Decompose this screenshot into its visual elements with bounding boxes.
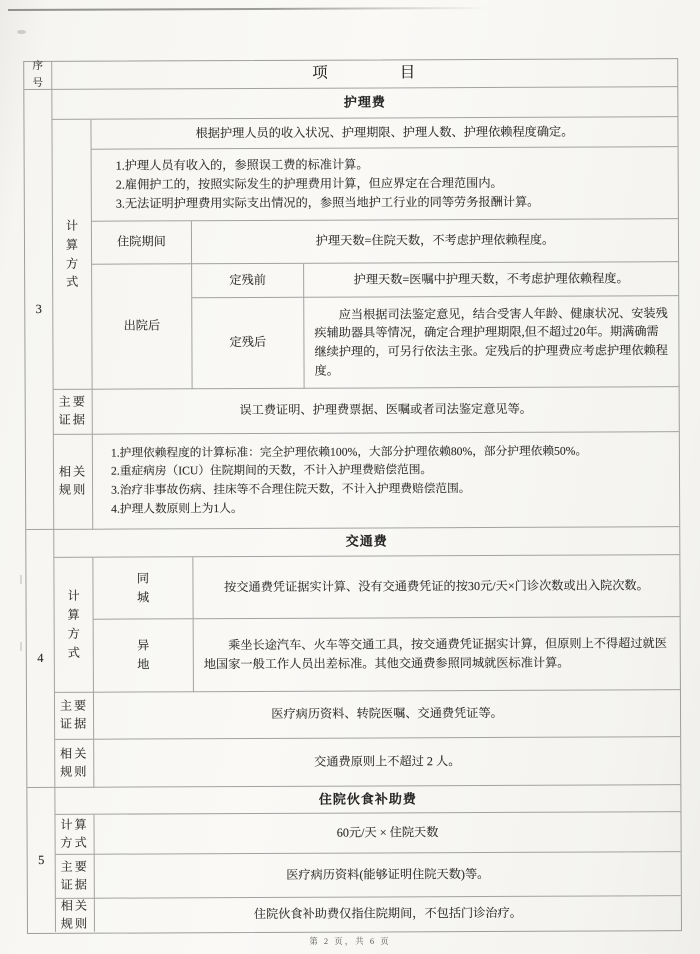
nursing-calc-rules: 1.护理人员有收入的，参照误工费的标准计算。 2.雇佣护工的，按照实际发生的护理… [92,147,678,222]
label-related-rules-4-text: 相关规则 [59,746,89,782]
same-city-text: 按交通费凭证据实计算、没有交通费凭证的按30元/天×门诊次数或出入院次数。 [193,555,679,619]
label-calc-method-3-text: 计算方式 [65,216,79,292]
section-title-nursing-fee: 护理费 [52,87,677,120]
transport-rules-text: 交通费原则上不超过 2 人。 [94,737,680,788]
scan-edge-artifact [8,7,488,11]
label-calc-method-5-text: 计算方式 [59,817,89,853]
nursing-related-rules: 1.护理依赖程度的计算标准：完全护理依赖100%，大部分护理依赖80%，部分护理… [93,432,679,530]
label-main-evidence-3-text: 主要证据 [58,394,88,430]
hospitalization-period-text: 护理天数=住院天数，不考虑护理依赖程度。 [192,219,678,264]
label-out-of-town: 异地 [94,619,194,692]
label-related-rules-3-text: 相关规则 [58,464,88,500]
seq-no-5: 5 [27,788,56,932]
meal-subsidy-calc-text: 60元/天 × 住院天数 [94,812,680,855]
out-of-town-cell: 乘坐长途汽车、火车等交通工具，按交通费凭证据实计算，但原则上不得超过就医地国家一… [194,617,680,692]
scan-tick-artifact [20,642,22,651]
label-main-evidence-4: 主要证据 [55,693,94,740]
label-main-evidence-3: 主要证据 [54,390,93,435]
transport-evidence-text: 医疗病历资料、转院医嘱、交通费凭证等。 [94,690,680,740]
list-item: 1.护理人员有收入的，参照误工费的标准计算。 [116,154,670,175]
compensation-items-table: 序号 项 目 3 护理费 计算方式 根据护理人员的收入状况、护理期限、护理人数、… [23,58,682,934]
nursing-calc-rules-list: 1.护理人员有收入的，参照误工费的标准计算。 2.雇佣护工的，按照实际发生的护理… [92,150,678,217]
label-before-disability-rating: 定残前 [192,264,304,298]
section-title-meal-subsidy: 住院伙食补助费 [55,785,680,815]
label-after-discharge: 出院后 [92,264,193,389]
label-main-evidence-5: 主要证据 [56,855,95,899]
after-disability-rating-cell: 应当根据司法鉴定意见，结合受害人年龄、健康状况、安装残疾辅助器具等情况，确定合理… [304,296,678,389]
label-out-of-town-text: 异地 [136,637,150,675]
nursing-related-rules-list: 1.护理依赖程度的计算标准：完全护理依赖100%，大部分护理依赖80%，部分护理… [93,438,679,523]
label-calc-method-4-text: 计算方式 [66,587,80,663]
label-main-evidence-5-text: 主要证据 [60,859,90,895]
label-calc-method-5: 计算方式 [55,815,94,855]
label-main-evidence-4-text: 主要证据 [59,698,89,734]
scan-tick-artifact [20,575,22,584]
nursing-evidence-text: 误工费证明、护理费票据、医嘱或者司法鉴定意见等。 [93,387,679,435]
list-item: 2.重症病房（ICU）住院期间的天数，不计入护理费赔偿范围。 [111,460,671,481]
label-related-rules-5-text: 相关规则 [60,898,90,934]
out-of-town-text: 乘坐长途汽车、火车等交通工具，按交通费凭证据实计算，但原则上不得超过就医地国家一… [194,631,680,678]
label-related-rules-4: 相关规则 [55,740,94,788]
label-related-rules-5: 相关规则 [56,899,95,932]
header-seq-no-label: 序号 [31,59,44,92]
page-number-footer: 第 2 页，共 6 页 [0,935,700,947]
header-item: 项 目 [52,59,677,90]
header-seq-no: 序号 [24,62,52,90]
label-after-disability-rating: 定残后 [192,298,304,389]
meal-subsidy-evidence-text: 医疗病历资料(能够证明住院天数)等。 [95,852,681,899]
section-title-transport-fee: 交通费 [54,527,679,558]
list-item: 3.治疗非事故伤病、挂床等不合理住院天数，不计入护理费赔偿范围。 [111,479,671,500]
label-calc-method-4: 计算方式 [54,558,94,693]
label-same-city-text: 同城 [136,569,150,607]
label-hospitalization-period: 住院期间 [92,221,192,264]
label-calc-method-3: 计算方式 [52,120,92,390]
list-item: 1.护理依赖程度的计算标准：完全护理依赖100%，大部分护理依赖80%，部分护理… [111,442,671,463]
seq-no-4: 4 [26,530,55,788]
label-same-city: 同城 [93,557,193,619]
seq-no-3: 3 [24,90,54,530]
scan-smudge-artifact [17,30,26,34]
list-item: 2.雇佣护工的，按照实际发生的护理费用计算，但应界定在合理范围内。 [116,173,670,194]
list-item: 4.护理人数原则上为1人。 [111,498,671,519]
after-disability-rating-text: 应当根据司法鉴定意见，结合受害人年龄、健康状况、安装残疾辅助器具等情况，确定合理… [304,300,678,384]
list-item: 3.无法证明护理费用实际支出情况的，参照当地护工行业的同等劳务报酬计算。 [116,192,670,213]
meal-subsidy-rules-text: 住院伙食补助费仅指住院期间，不包括门诊治疗。 [95,896,681,932]
nursing-intro: 根据护理人员的收入状况、护理期限、护理人数、护理依赖程度确定。 [91,117,677,150]
label-related-rules-3: 相关规则 [54,435,93,530]
scanned-document-page: 序号 项 目 3 护理费 计算方式 根据护理人员的收入状况、护理期限、护理人数、… [0,0,700,954]
before-disability-rating-text: 护理天数=医嘱中护理天数，不考虑护理依赖程度。 [304,262,678,298]
